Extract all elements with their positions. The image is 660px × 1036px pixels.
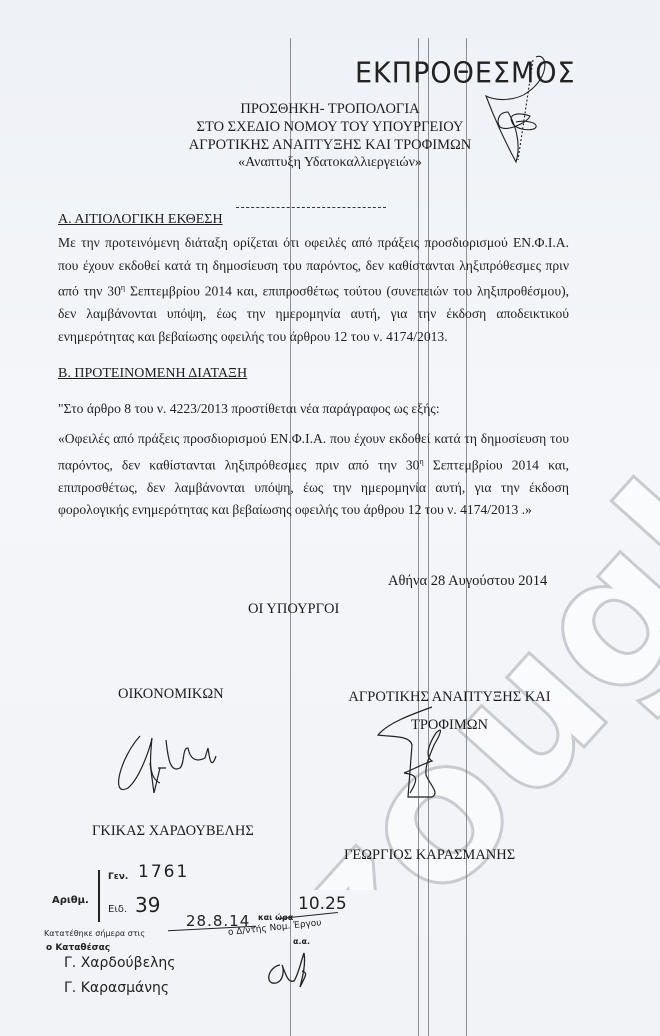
special-number-label: Ειδ. xyxy=(108,904,127,915)
special-number-value: 39 xyxy=(135,893,160,917)
scan-streak xyxy=(428,38,429,1036)
scan-streak xyxy=(466,38,467,1036)
scan-streak xyxy=(418,38,419,1036)
heading-divider xyxy=(236,207,386,208)
minister-name-finance: ΓΚΙΚΑΣ ΧΑΡΔΟΥΒΕΛΗΣ xyxy=(92,823,254,840)
signature-finance-minister xyxy=(110,728,240,803)
ministers-label: ΟΙ ΥΠΟΥΡΓΟΙ xyxy=(248,601,339,618)
filed-time: 10.25 xyxy=(298,894,347,914)
section-a-text: Σεπτεμβρίου 2014 και, επιπροσθέτως τούτο… xyxy=(58,284,569,344)
minister-name-agriculture: ΓΕΩΡΓΙΟΣ ΚΑΡΑΣΜΑΝΗΣ xyxy=(344,847,515,864)
depositor-name: Γ. Καρασμάνης xyxy=(64,980,169,996)
section-b-title: Β. ΠΡΟΤΕΙΝΟΜΕΝΗ ΔΙΑΤΑΞΗ xyxy=(58,366,247,382)
filed-label: Κατατέθηκε σήμερα στις xyxy=(44,929,145,938)
ministry-line: ΤΡΟΦΙΜΩΝ xyxy=(322,711,577,739)
depositor-label: ο Καταθέσας xyxy=(46,943,110,953)
heading-line: ΑΓΡΟΤΙΚΗΣ ΑΝΑΠΤΥΞΗΣ ΚΑΙ ΤΡΟΦΙΜΩΝ xyxy=(180,136,480,154)
general-number-label: Γεν. xyxy=(108,872,128,882)
ministry-agriculture: ΑΓΡΟΤΙΚΗΣ ΑΝΑΠΤΥΞΗΣ ΚΑΙ ΤΡΟΦΙΜΩΝ xyxy=(322,683,577,739)
scan-streak xyxy=(290,38,291,1036)
date-line: Αθήνα 28 Αυγούστου 2014 xyxy=(388,573,547,590)
section-b-intro: "Στο άρθρο 8 του ν. 4223/2013 προστίθετα… xyxy=(58,398,569,421)
ministry-line: ΑΓΡΟΤΙΚΗΣ ΑΝΑΠΤΥΞΗΣ ΚΑΙ xyxy=(322,683,577,711)
heading-line: ΠΡΟΣΘΗΚΗ- ΤΡΟΠΟΛΟΓΙΑ xyxy=(180,100,480,118)
late-submission-stamp: ΕΚΠΡΟΘΕΣΜΟΣ xyxy=(355,57,576,90)
department-sub: α.α. xyxy=(293,937,310,946)
signature-director xyxy=(262,945,322,990)
scanned-document-page: zougla.gr ΕΚΠΡΟΘΕΣΜΟΣ ΠΡΟΣΘΗΚΗ- ΤΡΟΠΟΛΟΓ… xyxy=(0,0,660,1036)
ministry-finance: ΟΙΚΟΝΟΜΙΚΩΝ xyxy=(118,686,224,703)
stamp-divider xyxy=(98,870,100,922)
document-heading: ΠΡΟΣΘΗΚΗ- ΤΡΟΠΟΛΟΓΙΑ ΣΤΟ ΣΧΕΔΙΟ ΝΟΜΟΥ ΤΟ… xyxy=(180,100,480,172)
depositor-name: Γ. Χαρδούβελης xyxy=(64,955,176,971)
section-b-body: «Οφειλές από πράξεις προσδιορισμού ΕΝ.Φ.… xyxy=(58,428,569,522)
heading-subtitle: «Αναπτυξη Υδατοκαλλιεργειών» xyxy=(180,154,480,172)
registration-label: Αριθμ. xyxy=(52,895,89,906)
section-a-body: Με την προτεινόμενη διάταξη ορίζεται ότι… xyxy=(58,232,569,348)
general-number-value: 1761 xyxy=(138,862,189,882)
heading-line: ΣΤΟ ΣΧΕΔΙΟ ΝΟΜΟΥ ΤΟΥ ΥΠΟΥΡΓΕΙΟΥ xyxy=(180,118,480,136)
section-a-title: Α. ΑΙΤΙΟΛΟΓΙΚΗ ΕΚΘΕΣΗ xyxy=(58,212,223,228)
